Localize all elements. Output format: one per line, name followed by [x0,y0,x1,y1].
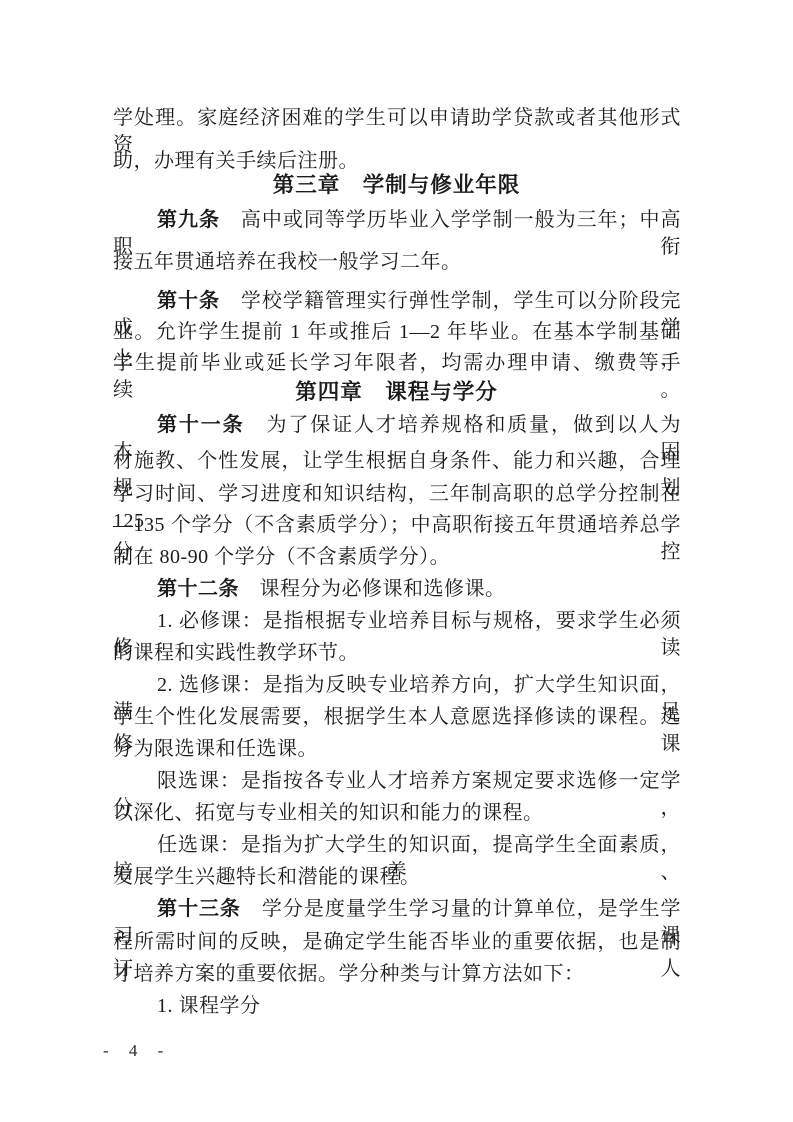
body-line: 助，办理有关手续后注册。 [113,148,681,175]
body-text: 制在 80-90 个学分（不含素质学分）。 [113,546,450,568]
body-line: 的课程和实践性教学环节。 [113,640,681,667]
chapter-4-heading: 第四章 课程与学分 [0,379,793,406]
chapter-3-heading: 第三章 学制与修业年限 [0,172,793,199]
body-text: 的课程和实践性教学环节。 [113,642,359,664]
body-line: 发展学生兴趣特长和潜能的课程。 [113,864,681,891]
body-text: 课程分为必修课和选修课。 [239,578,506,600]
article-9-label: 第九条 [157,209,220,231]
body-line: 才培养方案的重要依据。学分种类与计算方法如下： [113,961,681,988]
body-line: 接五年贯通培养在我校一般学习二年。 [113,249,681,276]
body-text: 发展学生兴趣特长和潜能的课程。 [113,866,421,888]
body-line: 以深化、拓宽与专业相关的知识和能力的课程。 [113,800,681,827]
article-13-label: 第十三条 [157,898,241,920]
article-11-label: 第十一条 [157,414,245,436]
body-text: 1. 课程学分 [157,995,261,1017]
article-12-label: 第十二条 [157,578,239,600]
body-text: 接五年贯通培养在我校一般学习二年。 [113,251,462,273]
body-text: 助，办理有关手续后注册。 [113,150,359,172]
article-10-label: 第十条 [157,290,220,312]
body-line: 分为限选课和任选课。 [113,736,681,763]
body-text: 以深化、拓宽与专业相关的知识和能力的课程。 [113,802,544,824]
body-text: 分为限选课和任选课。 [113,738,318,760]
chapter-title: 第三章 学制与修业年限 [273,173,521,197]
body-text: 才培养方案的重要依据。学分种类与计算方法如下： [113,963,585,985]
document-page: 学处理。家庭经济困难的学生可以申请助学贷款或者其他形式资 助，办理有关手续后注册… [0,0,793,1122]
page-number: - 4 - [103,1041,171,1061]
chapter-title: 第四章 课程与学分 [295,380,498,404]
body-line: 制在 80-90 个学分（不含素质学分）。 [113,544,681,571]
body-line: 1. 课程学分 [113,993,681,1020]
body-line: 第十二条 课程分为必修课和选修课。 [113,576,681,603]
